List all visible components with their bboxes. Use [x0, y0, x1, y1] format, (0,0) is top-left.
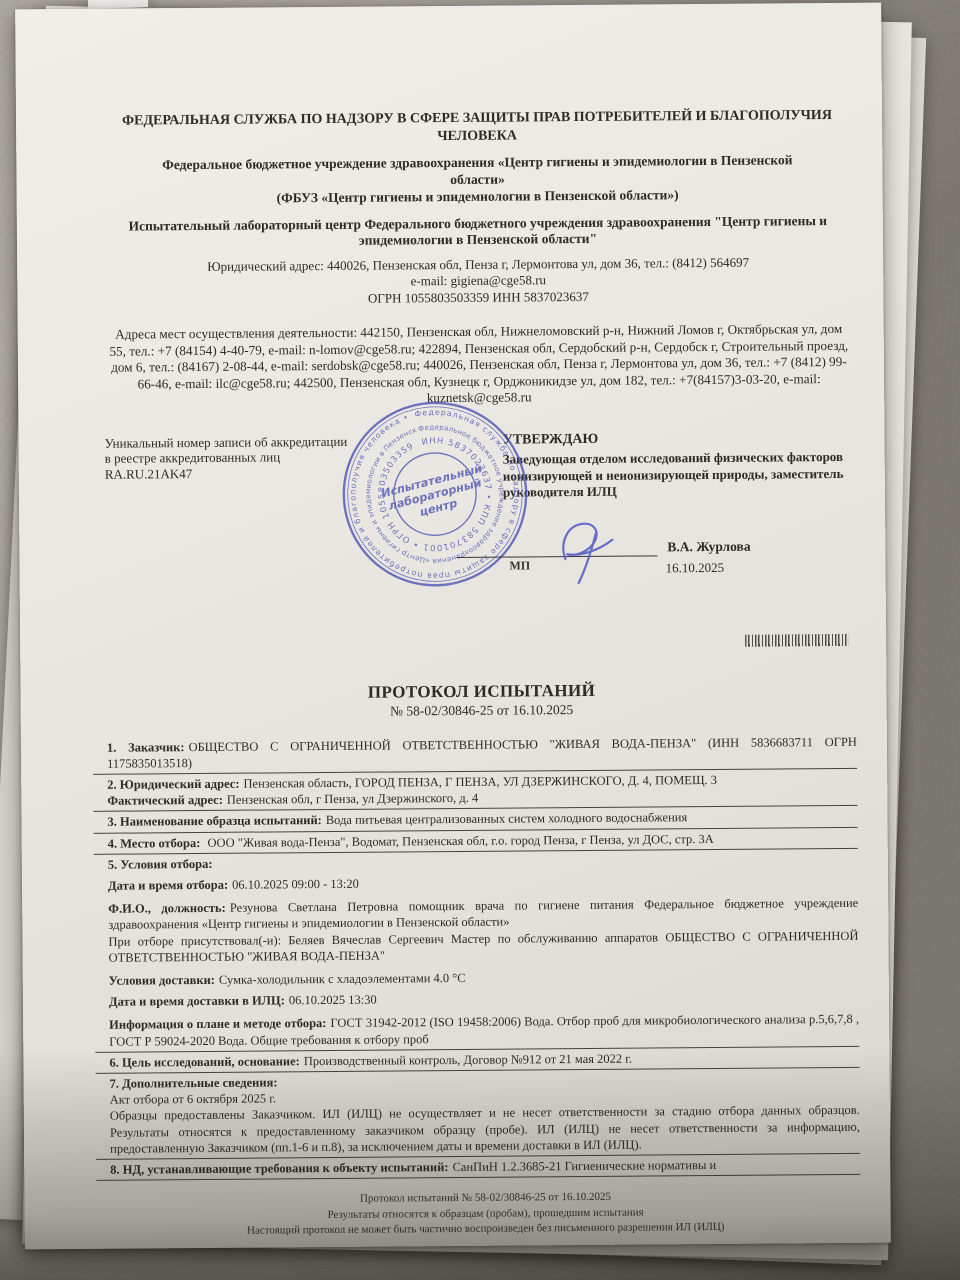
- row-customer: 1. Заказчик:ОБЩЕСТВО С ОГРАНИЧЕННОЙ ОТВЕ…: [93, 733, 857, 774]
- row-delivery-datetime: Дата и время доставки в ИЛЦ:06.10.2025 1…: [109, 988, 859, 1010]
- row-value: СанПиН 1.2.3685-21 Гигиенические нормати…: [453, 1158, 717, 1174]
- row-legal-address: 2. Юридический адрес:Пензенская область,…: [93, 771, 857, 812]
- row-sampling-conditions: 5. Условия отбора:: [108, 851, 858, 873]
- row-label: 5. Условия отбора:: [108, 857, 213, 872]
- row-value: Производственный контроль, Договор №912 …: [304, 1051, 632, 1068]
- row-label: Дата и время отбора:: [108, 878, 228, 893]
- row-label: 1. Заказчик:: [107, 740, 185, 755]
- row-label: 4. Место отбора:: [108, 836, 201, 851]
- row-label: 3. Наименование образца испытаний:: [107, 813, 321, 829]
- approver-name: В.А. Журлова: [667, 539, 750, 556]
- row-value: 06.10.2025 09:00 - 13:20: [232, 877, 359, 892]
- barcode: [745, 634, 848, 647]
- approval-block: УТВЕРЖДАЮ Заведующая отделом исследовани…: [502, 429, 855, 501]
- row-label: Дата и время доставки в ИЛЦ:: [109, 993, 285, 1008]
- row-value: 06.10.2025 13:30: [289, 993, 377, 1008]
- page-footer: Протокол испытаний № 58-02/30846-25 от 1…: [110, 1188, 860, 1240]
- row-delivery-conditions: Условия доставки:Сумка-холодильник с хла…: [109, 967, 859, 989]
- protocol-number: № 58-02/30846-25 от 16.10.2025: [107, 700, 857, 722]
- row-value: ООО "Живая вода-Пенза", Водомат, Пензенс…: [207, 831, 713, 849]
- row-label: Информация о плане и методе отбора:: [109, 1016, 326, 1032]
- protocol-table: 1. Заказчик:ОБЩЕСТВО С ОГРАНИЧЕННОЙ ОТВЕ…: [107, 733, 860, 1181]
- row-fio: Ф.И.О., должность:Резунова Светлана Петр…: [108, 895, 858, 966]
- header-service-name: ФЕДЕРАЛЬНАЯ СЛУЖБА ПО НАДЗОРУ В СФЕРЕ ЗА…: [102, 107, 852, 148]
- header-org-full: Федеральное бюджетное учреждение здравоо…: [137, 152, 817, 190]
- row-label: Ф.И.О., должность:: [108, 901, 226, 916]
- row-value: Пензенская область, ГОРОД ПЕНЗА, Г ПЕНЗА…: [243, 773, 717, 791]
- approval-date: 16.10.2025: [665, 560, 724, 576]
- row-value: Сумка-холодильник с хладоэлементами 4.0 …: [219, 971, 466, 987]
- row-value: Пензенская обл, г Пенза, ул Дзержинского…: [227, 791, 479, 807]
- row-label: 2. Юридический адрес:: [107, 777, 239, 792]
- mp-mark: МП: [509, 558, 530, 573]
- row-label: 7. Дополнительные сведения:: [110, 1075, 278, 1090]
- row-sampling-method: Информация о плане и методе отбора:ГОСТ …: [95, 1011, 859, 1052]
- approval-position: Заведующая отделом исследований физическ…: [503, 449, 855, 501]
- page-title: ПРОТОКОЛ ИСПЫТАНИЙ: [106, 680, 856, 702]
- row-value: Вода питьевая централизованных систем хо…: [326, 810, 687, 827]
- row-label: Условия доставки:: [109, 973, 215, 988]
- row-value: ОБЩЕСТВО С ОГРАНИЧЕННОЙ ОТВЕТСТВЕННОСТЬЮ…: [107, 734, 857, 770]
- row-label: Фактический адрес:: [107, 793, 223, 808]
- row-sampling-datetime: Дата и время отбора:06.10.2025 09:00 - 1…: [108, 872, 858, 894]
- row-label: 8. НД, устанавливающие требования к объе…: [110, 1160, 448, 1177]
- header-ilc-name: Испытательный лабораторный центр Федерал…: [128, 213, 828, 251]
- row-value: Образцы предоставлены Заказчиком. ИЛ (ИЛ…: [110, 1102, 860, 1156]
- signature: [549, 517, 640, 590]
- row-additional-info: 7. Дополнительные сведения: Акт отбора о…: [96, 1070, 861, 1160]
- approval-title: УТВЕРЖДАЮ: [502, 429, 854, 448]
- row-value: При отборе присутствовал(-и): Беляев Вяч…: [108, 927, 858, 965]
- document-title-block: ПРОТОКОЛ ИСПЫТАНИЙ № 58-02/30846-25 от 1…: [106, 680, 856, 722]
- document-page: ФЕДЕРАЛЬНАЯ СЛУЖБА ПО НАДЗОРУ В СФЕРЕ ЗА…: [15, 3, 891, 1250]
- row-nd-requirements: 8. НД, устанавливающие требования к объе…: [96, 1156, 860, 1181]
- row-label: 6. Цель исследований, основание:: [109, 1054, 299, 1069]
